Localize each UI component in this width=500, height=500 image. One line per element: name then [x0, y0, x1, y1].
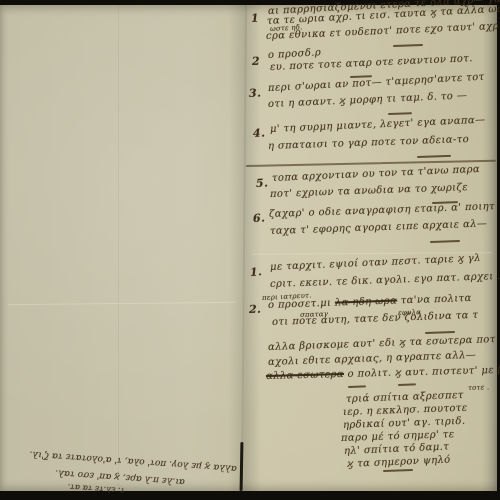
struck-words: αλλα εσωτερα	[266, 369, 344, 382]
crease-left-vertical	[118, 5, 119, 491]
list-number: 3.	[249, 86, 262, 100]
list-number: 5.	[256, 176, 269, 190]
line-segment: ο προσετ.μι	[268, 298, 335, 311]
crease-left-page	[8, 302, 236, 305]
struck-words: λα ηδη ωρα	[335, 295, 398, 308]
list-number: 6.	[253, 211, 266, 225]
manuscript-scan: 1 αι παρρησιαζομενοι ετερα τε ολα αχρ— γ…	[0, 0, 500, 500]
fold-crease-center	[241, 5, 247, 491]
list-number: 2.	[249, 303, 262, 316]
list-number: 2	[252, 55, 261, 68]
list-number: 1.	[250, 265, 263, 279]
side-word: τοτε .	[468, 383, 490, 392]
list-number: 4.	[253, 126, 266, 140]
list-number: 1	[251, 11, 260, 25]
